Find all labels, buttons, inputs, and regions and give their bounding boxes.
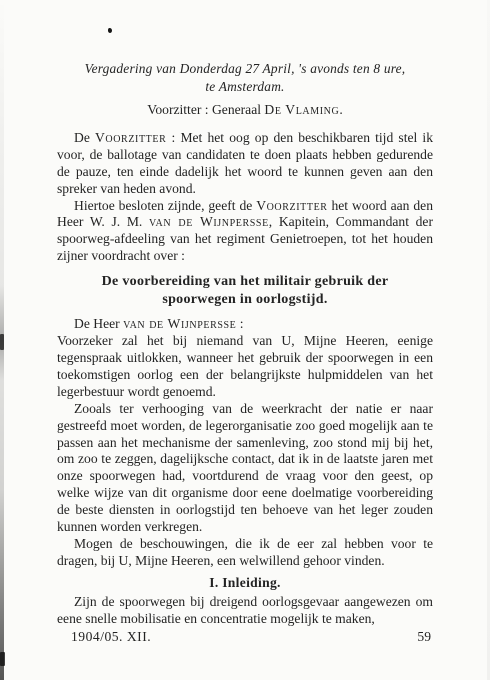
smallcaps-speaker-name: van de Wijnpersse	[149, 214, 269, 229]
chairman-prefix: Voorzitter : Generaal	[147, 102, 264, 117]
meeting-header-line2: te Amsterdam.	[57, 78, 433, 96]
paragraph-text: De Heer	[74, 316, 123, 331]
paragraph-speech-opening: Voorzeker zal het bij niemand van U, Mij…	[57, 333, 433, 401]
scanned-book-page: Vergadering van Donderdag 27 April, 's a…	[0, 0, 490, 680]
page-content: Vergadering van Donderdag 27 April, 's a…	[57, 60, 433, 646]
meeting-header-line1: Vergadering van Donderdag 27 April, 's a…	[57, 60, 433, 78]
paragraph-introduction-speaker: Hiertoe besloten zijnde, geeft de Voorzi…	[57, 198, 433, 266]
footer-volume-signature: 1904/05. XII.	[57, 629, 151, 646]
smallcaps-speaker-name: van de Wijnpersse	[123, 316, 236, 331]
paragraph-speech-motivation: Zooals ter verhooging van de weerkracht …	[57, 401, 433, 536]
section-heading-inleiding: I. Inleiding.	[57, 575, 433, 592]
chairman-name: De Vlaming	[264, 102, 339, 117]
lecture-title-line2: spoorwegen in oorlogstijd.	[57, 291, 433, 309]
paragraph-inleiding-opening: Zijn de spoorwegen bij dreigend oorlogsg…	[57, 594, 433, 628]
meeting-header: Vergadering van Donderdag 27 April, 's a…	[57, 60, 433, 96]
paragraph-chairman-remarks: De Voorzitter : Met het oog op den besch…	[57, 130, 433, 198]
chairman-line: Voorzitter : Generaal De Vlaming.	[57, 102, 433, 119]
page-footer: 1904/05. XII. 59	[57, 629, 433, 646]
binding-ink-smudge	[0, 334, 4, 350]
ink-speck	[108, 28, 112, 33]
paragraph-text: De	[74, 130, 95, 145]
paragraph-text: :	[236, 316, 243, 331]
smallcaps-voorzitter: Voorzitter	[95, 130, 166, 145]
paragraph-speech-request: Mogen de beschouwingen, die ik de eer za…	[57, 536, 433, 570]
binding-ink-smudge	[0, 652, 5, 666]
paragraph-text: Hiertoe besloten zijnde, geeft de	[74, 198, 256, 213]
lecture-title-line1: De voorbereiding van het militair gebrui…	[57, 273, 433, 291]
speaker-line: De Heer van de Wijnpersse :	[57, 316, 433, 333]
chairman-suffix: .	[339, 102, 342, 117]
smallcaps-voorzitter: Voorzitter	[256, 198, 327, 213]
footer-page-number: 59	[417, 629, 433, 646]
lecture-title: De voorbereiding van het militair gebrui…	[57, 273, 433, 309]
